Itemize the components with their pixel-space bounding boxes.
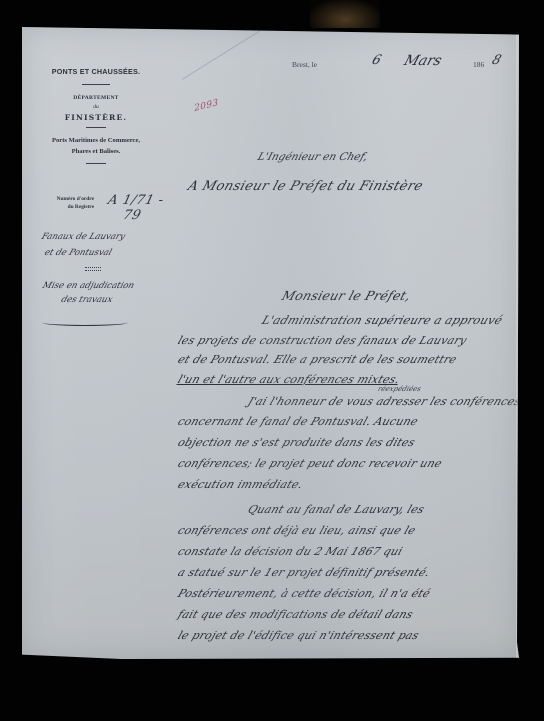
body-line: objection ne s'est produite dans les dit… <box>176 436 417 449</box>
letterhead-division-line1: Ports Maritimes de Commerce, <box>22 135 170 146</box>
margin-memo: Mise en adjudication des travaux <box>36 279 136 307</box>
letterhead-divider <box>86 163 106 164</box>
body-line: constate la décision du 2 Mai 1867 qui <box>176 545 405 558</box>
registry-stamp: 2093 <box>194 98 219 114</box>
scan-debris <box>310 0 380 28</box>
date-year-prefix: 186 <box>473 60 484 69</box>
interlinear-insert: réexpédiées <box>377 385 422 393</box>
body-line: conférences; le projet peut donc recevoi… <box>176 457 444 470</box>
body-line: a statué sur le 1er projet définitif pré… <box>176 566 432 579</box>
register-number: A 1/71 - 79 <box>94 193 173 223</box>
date-day: 6 <box>370 53 383 68</box>
scan-background: PONTS ET CHAUSSÉES. DÉPARTEMENT du FINIS… <box>0 0 544 721</box>
letterhead-division: Ports Maritimes de Commerce, Phares et B… <box>22 135 170 157</box>
register-label-line2: du Registre <box>50 203 94 211</box>
body-line: l'un et l'autre aux conférences mixtes. <box>176 373 402 386</box>
letterhead-department: FINISTÈRE. <box>22 113 170 122</box>
body-line: J'ai l'honneur de vous adresser les conf… <box>246 395 523 408</box>
letterhead-du: du <box>22 104 170 110</box>
date-year-suffix: 8 <box>490 53 503 68</box>
body-line: et de Pontusval. Elle a prescrit de les … <box>176 353 459 366</box>
letterhead-department-label: DÉPARTEMENT <box>22 95 170 101</box>
body-line: Quant au fanal de Lauvary, les <box>246 503 426 516</box>
body-line: le projet de l'édifice qui n'intéressent… <box>176 629 421 642</box>
body-line: concernant le fanal de Pontusval. Aucune <box>176 415 420 428</box>
body-line: L'administration supérieure a approuvé <box>260 313 505 327</box>
letterhead-column: PONTS ET CHAUSSÉES. DÉPARTEMENT du FINIS… <box>22 27 170 659</box>
page-edge <box>516 27 519 659</box>
body-line: exécution immédiate. <box>176 478 305 491</box>
margin-subject-line1: Fanaux de Lauvary <box>39 229 127 245</box>
date-place: Brest, le <box>292 60 317 69</box>
register-label: Numéro d'ordre du Registre <box>50 195 94 211</box>
margin-separator <box>85 267 101 271</box>
letter-page: PONTS ET CHAUSSÉES. DÉPARTEMENT du FINIS… <box>22 27 519 659</box>
letterhead-divider <box>86 127 106 128</box>
margin-memo-line2: des travaux <box>36 293 132 307</box>
margin-subject-line2: et de Pontusval <box>34 245 122 261</box>
recipient-line: A Monsieur le Préfet du Finistère <box>186 179 425 194</box>
body-line: les projets de construction des fanaux d… <box>176 334 469 347</box>
register-label-line1: Numéro d'ordre <box>50 195 94 203</box>
body-line: conférences ont déjà eu lieu, ainsi que … <box>176 524 418 537</box>
body-line: Postérieurement, à cette décision, il n'… <box>176 587 432 600</box>
stamp-slash-mark <box>182 23 272 79</box>
sender-line: L'Ingénieur en Chef, <box>256 151 369 163</box>
letter-body-column: L'Ingénieur en Chef, A Monsieur le Préfe… <box>170 27 519 659</box>
letterhead-division-line2: Phares et Balises. <box>22 146 170 157</box>
date-month: Mars <box>402 53 444 69</box>
body-line: fait que des modifications de détail dan… <box>176 608 415 621</box>
salutation: Monsieur le Préfet, <box>280 288 413 303</box>
memo-flourish <box>42 319 128 326</box>
margin-memo-line1: Mise en adjudication <box>41 279 137 293</box>
letterhead-service: PONTS ET CHAUSSÉES. <box>22 67 170 76</box>
letterhead-divider <box>82 84 110 85</box>
margin-subject: Fanaux de Lauvary et de Pontusval <box>34 229 127 261</box>
